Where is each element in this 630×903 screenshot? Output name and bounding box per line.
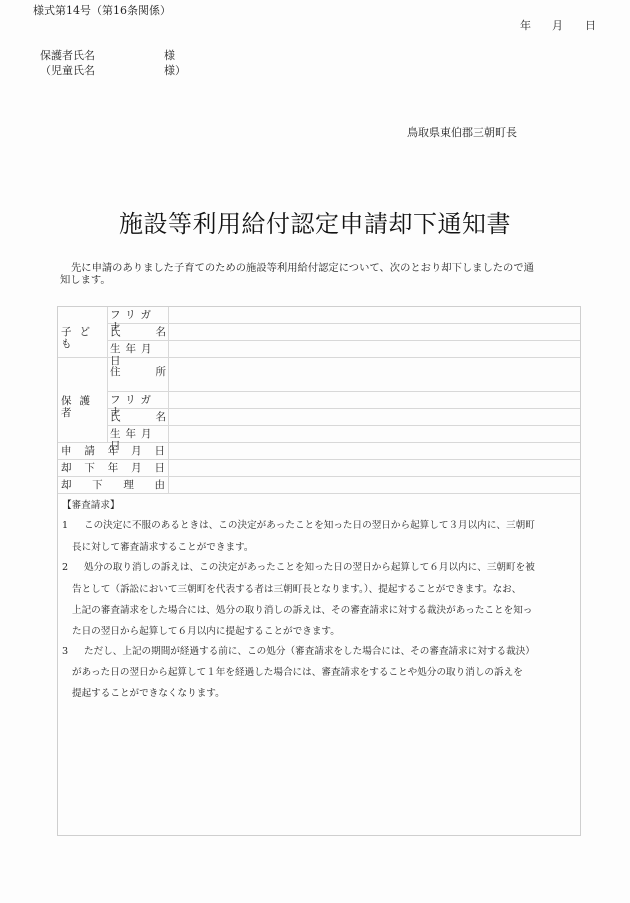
- document-title: 施設等利用給付認定申請却下通知書: [0, 204, 630, 239]
- note-3-number: 3: [62, 646, 68, 658]
- guardian-group-label: 保護者: [61, 395, 105, 419]
- rejection-date-label: 却下年月日: [61, 462, 165, 474]
- note-1-number: 1: [62, 520, 68, 532]
- note-2-line-2: 告として（訴訟において三朝町を代表する者は三朝町長となります。）、提起することが…: [72, 584, 521, 596]
- guardian-honorific: 様: [164, 47, 175, 63]
- note-3-line-2: があった日の翌日から起算して１年を経過した場合には、審査請求をすることや処分の取…: [72, 667, 523, 679]
- intro-line-2: 知します。: [60, 274, 580, 286]
- date-day-label: 日: [585, 17, 596, 33]
- child-group-label: 子ども: [61, 326, 105, 350]
- child-honorific: 様）: [164, 62, 186, 78]
- note-1-line-2: 長に対して審査請求することができます。: [72, 542, 254, 554]
- guardian-address-label: 住所: [110, 366, 166, 378]
- form-number: 様式第14号（第16条関係）: [33, 2, 171, 18]
- intro-line-1: 先に申請のありました子育てのための施設等利用給付認定について、次のとおり却下しま…: [60, 262, 580, 274]
- guardian-name-label: 氏名: [110, 411, 166, 423]
- application-date-label: 申請年月日: [61, 445, 165, 457]
- date-year-label: 年: [520, 17, 531, 33]
- date-month-label: 月: [552, 17, 563, 33]
- note-3-line-3: 提起することができなくなります。: [72, 688, 225, 700]
- note-3-line-1: ただし、上記の期間が経過する前に、この処分（審査請求をした場合には、その審査請求…: [84, 646, 535, 658]
- note-1-line-1: この決定に不服のあるときは、この決定があったことを知った日の翌日から起算して３月…: [84, 520, 535, 532]
- child-birthdate-label: 生年月日: [110, 343, 166, 367]
- intro-paragraph: 先に申請のありました子育てのための施設等利用給付認定について、次のとおり却下しま…: [60, 262, 580, 286]
- guardian-name-label: 保護者氏名: [40, 47, 95, 63]
- note-2-line-4: た日の翌日から起算して６月以内に提起することができます。: [72, 626, 340, 638]
- child-name-label: （児童氏名: [40, 62, 95, 78]
- issuer-name: 鳥取県東伯郡三朝町長: [407, 124, 517, 140]
- note-2-line-3: 上記の審査請求をした場合には、処分の取り消しの訴えは、その審査請求に対する裁決が…: [72, 605, 532, 617]
- note-2-number: 2: [62, 562, 68, 574]
- rejection-reason-label: 却下理由: [61, 479, 165, 491]
- child-name-label: 氏名: [110, 326, 166, 338]
- appeal-heading: 【審査請求】: [62, 500, 120, 512]
- note-2-line-1: 処分の取り消しの訴えは、この決定があったことを知った日の翌日から起算して６月以内…: [84, 562, 535, 574]
- child-group-text: 子ども: [61, 326, 105, 350]
